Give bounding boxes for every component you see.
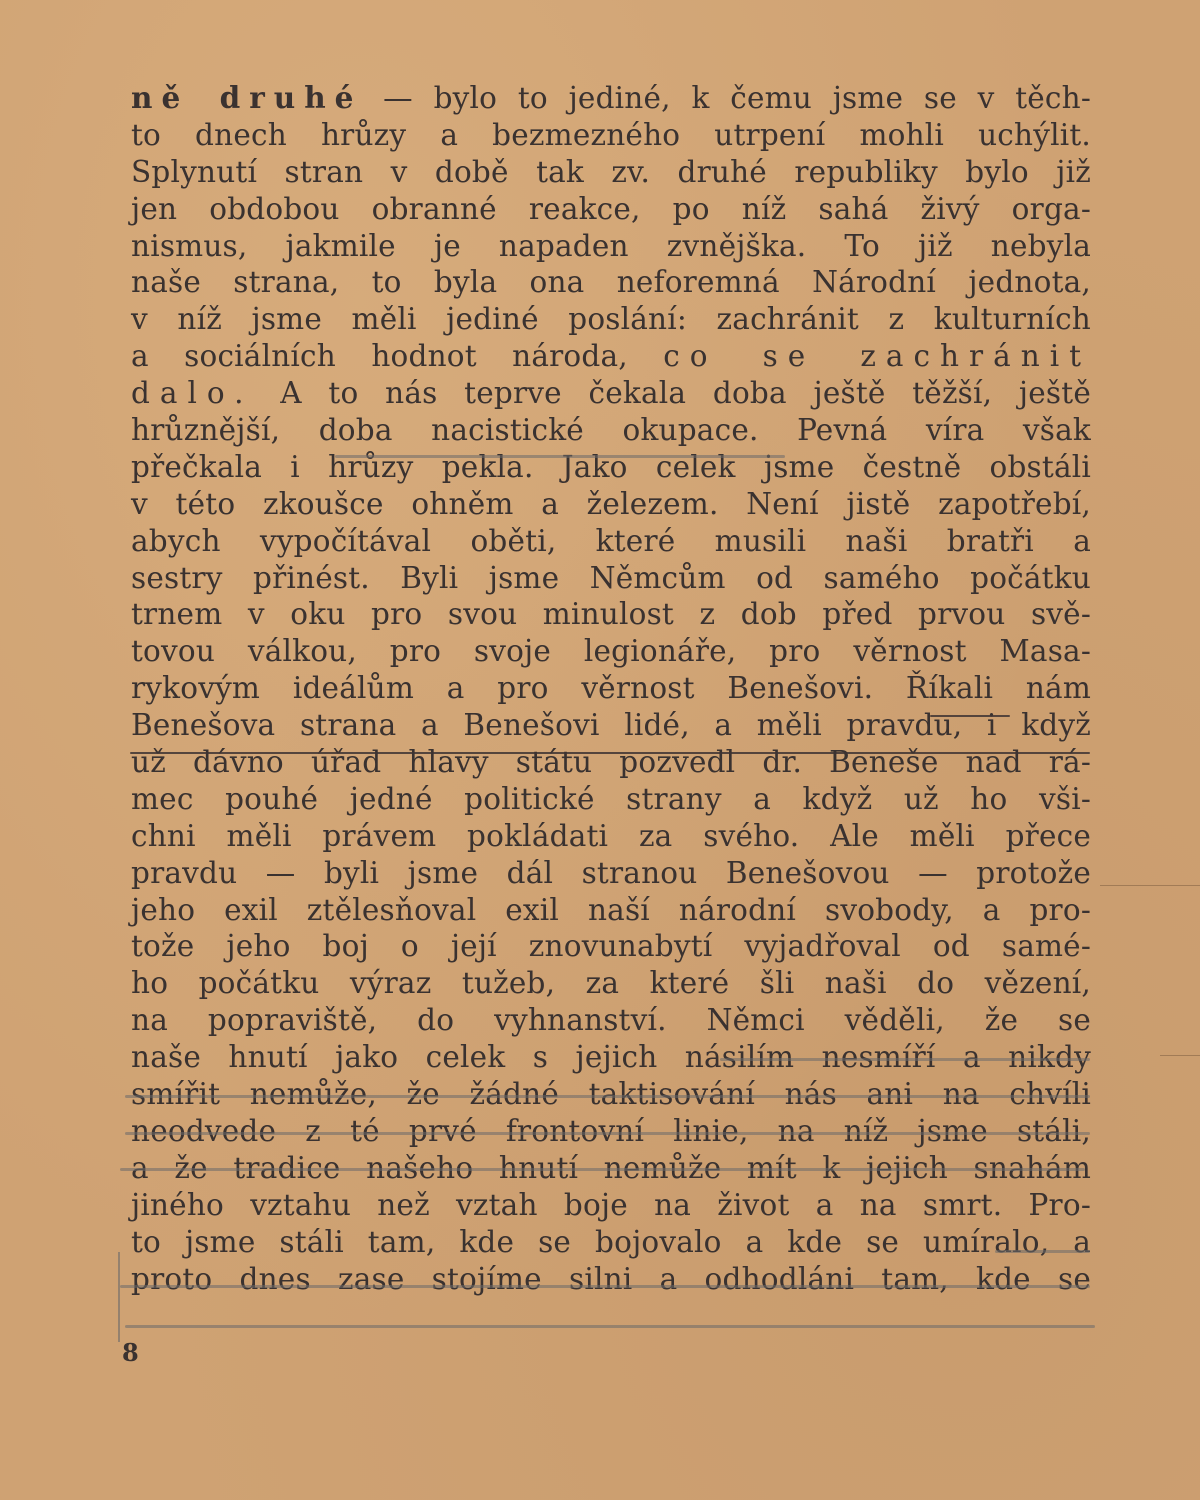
pencil-underline (130, 752, 1090, 754)
text-line-1: ně druhé — bylo to jediné, k čemu jsme s… (131, 80, 1091, 117)
text-line-21: chni měli právem pokládati za svého. Ale… (131, 818, 1091, 855)
pencil-underline (125, 1325, 1095, 1328)
paper-crease (1160, 1055, 1200, 1056)
pencil-margin-mark (118, 1252, 120, 1342)
paper-crease (1100, 885, 1200, 886)
text-line-14: sestry přinést. Byli jsme Němcům od samé… (131, 560, 1091, 597)
text-line-16: tovou válkou, pro svoje legionáře, pro v… (131, 633, 1091, 670)
text-line-2: to dnech hrůzy a bezmezného utrpení mohl… (131, 117, 1091, 154)
pencil-underline (120, 1285, 1090, 1288)
page-number: 8 (122, 1338, 139, 1367)
text-line-8: a sociálních hodnot národa, co se zachrá… (131, 338, 1091, 375)
text-line-12: v této zkoušce ohněm a železem. Není jis… (131, 486, 1091, 523)
text-line-31: jiného vztahu než vztah boje na život a … (131, 1187, 1091, 1224)
text-line-15: trnem v oku pro svou minulost z dob před… (131, 596, 1091, 633)
pencil-underline (930, 715, 1010, 717)
pencil-underline (995, 1250, 1090, 1253)
text-line-17: rykovým ideálům a pro věrnost Benešovi. … (131, 670, 1091, 707)
text-line-18: Benešova strana a Benešovi lidé, a měli … (131, 707, 1091, 744)
text-line-24: tože jeho boj o její znovunabytí vyjadřo… (131, 928, 1091, 965)
text-line-7: v níž jsme měli jediné poslání: zachráni… (131, 301, 1091, 338)
text-line-4: jen obdobou obranné reakce, po níž sahá … (131, 191, 1091, 228)
text-line-5: nismus, jakmile je napaden zvnějška. To … (131, 228, 1091, 265)
text-line-3: Splynutí stran v době tak zv. druhé repu… (131, 154, 1091, 191)
text-line-23: jeho exil ztělesňoval exil naší národní … (131, 892, 1091, 929)
text-line-22: pravdu — byli jsme dál stranou Benešovou… (131, 855, 1091, 892)
pencil-underline (720, 1058, 1090, 1061)
document-page: ně druhé — bylo to jediné, k čemu jsme s… (131, 80, 1091, 1297)
spaced-emphasis: co se zachránit (663, 339, 1091, 373)
text-line-25: ho počátku výraz tužeb, za které šli naš… (131, 965, 1091, 1002)
text-line-19: už dávno úřad hlavy státu pozvedl dr. Be… (131, 744, 1091, 781)
text-line-9: dalo. A to nás teprve čekala doba ještě … (131, 375, 1091, 412)
pencil-underline (120, 1168, 1085, 1171)
text-line-26: na popraviště, do vyhnanství. Němci vědě… (131, 1002, 1091, 1039)
pencil-underline (125, 1132, 1090, 1135)
text-line-32: to jsme stáli tam, kde se bojovalo a kde… (131, 1224, 1091, 1261)
spaced-emphasis: ně druhé (131, 80, 362, 115)
text-line-33: proto dnes zase stojíme silni a odhodlán… (131, 1261, 1091, 1298)
text-line-20: mec pouhé jedné politické strany a když … (131, 781, 1091, 818)
text-line-13: abych vypočítával oběti, které musili na… (131, 523, 1091, 560)
pencil-underline (125, 1095, 1090, 1098)
spaced-emphasis: dalo. (131, 376, 254, 410)
pencil-underline (335, 455, 785, 458)
text-line-10: hrůznější, doba nacistické okupace. Pevn… (131, 412, 1091, 449)
text-line-6: naše strana, to byla ona neforemná Národ… (131, 264, 1091, 301)
